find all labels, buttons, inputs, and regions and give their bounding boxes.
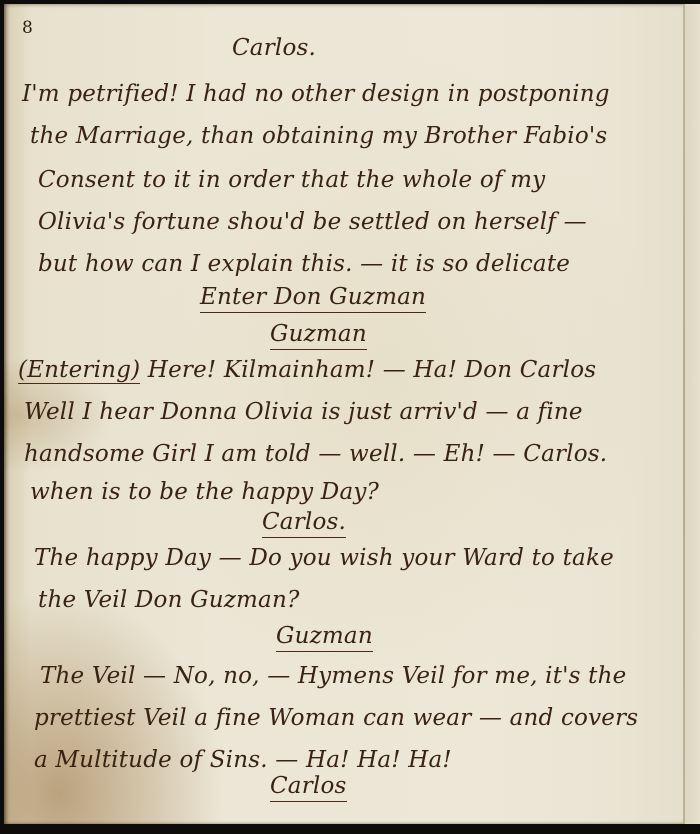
speech-line: handsome Girl I am told — well. — Eh! — …	[24, 440, 607, 468]
speech-line: (Entering) Here! Kilmainham! — Ha! Don C…	[18, 356, 596, 384]
scan-bottom-border	[0, 824, 700, 834]
speech-line: but how can I explain this. — it is so d…	[38, 250, 570, 278]
speaker-heading-carlos: Carlos.	[232, 34, 316, 62]
speaker-heading-carlos: Carlos	[270, 772, 347, 802]
speech-line: the Veil Don Guzman?	[38, 586, 300, 614]
page-number: 8	[22, 18, 33, 38]
adjacent-leaf-edge	[685, 4, 700, 826]
speaker-heading-guzman: Guzman	[270, 320, 367, 350]
speaker-heading-guzman: Guzman	[276, 622, 373, 652]
speech-line: prettiest Veil a fine Woman can wear — a…	[34, 704, 638, 732]
stage-direction-entering: (Entering)	[18, 357, 140, 384]
speech-line-text: Here! Kilmainham! — Ha! Don Carlos	[140, 357, 596, 383]
speech-line: The happy Day — Do you wish your Ward to…	[34, 544, 614, 572]
speech-line: I'm petrified! I had no other design in …	[22, 80, 610, 108]
speaker-heading-carlos: Carlos.	[262, 508, 346, 538]
speech-line: when is to be the happy Day?	[30, 478, 379, 506]
speech-line: The Veil — No, no, — Hymens Veil for me,…	[40, 662, 626, 690]
speech-line: a Multitude of Sins. — Ha! Ha! Ha!	[34, 746, 452, 774]
speech-line: Olivia's fortune shou'd be settled on he…	[38, 208, 587, 236]
speech-line: Well I hear Donna Olivia is just arriv'd…	[24, 398, 583, 426]
stage-direction-enter-guzman: Enter Don Guzman	[200, 283, 426, 313]
speech-line: the Marriage, than obtaining my Brother …	[30, 122, 607, 150]
scan-frame: ​ 8 Carlos. I'm petrified! I had no othe…	[0, 0, 700, 834]
speech-line: Consent to it in order that the whole of…	[38, 166, 545, 194]
